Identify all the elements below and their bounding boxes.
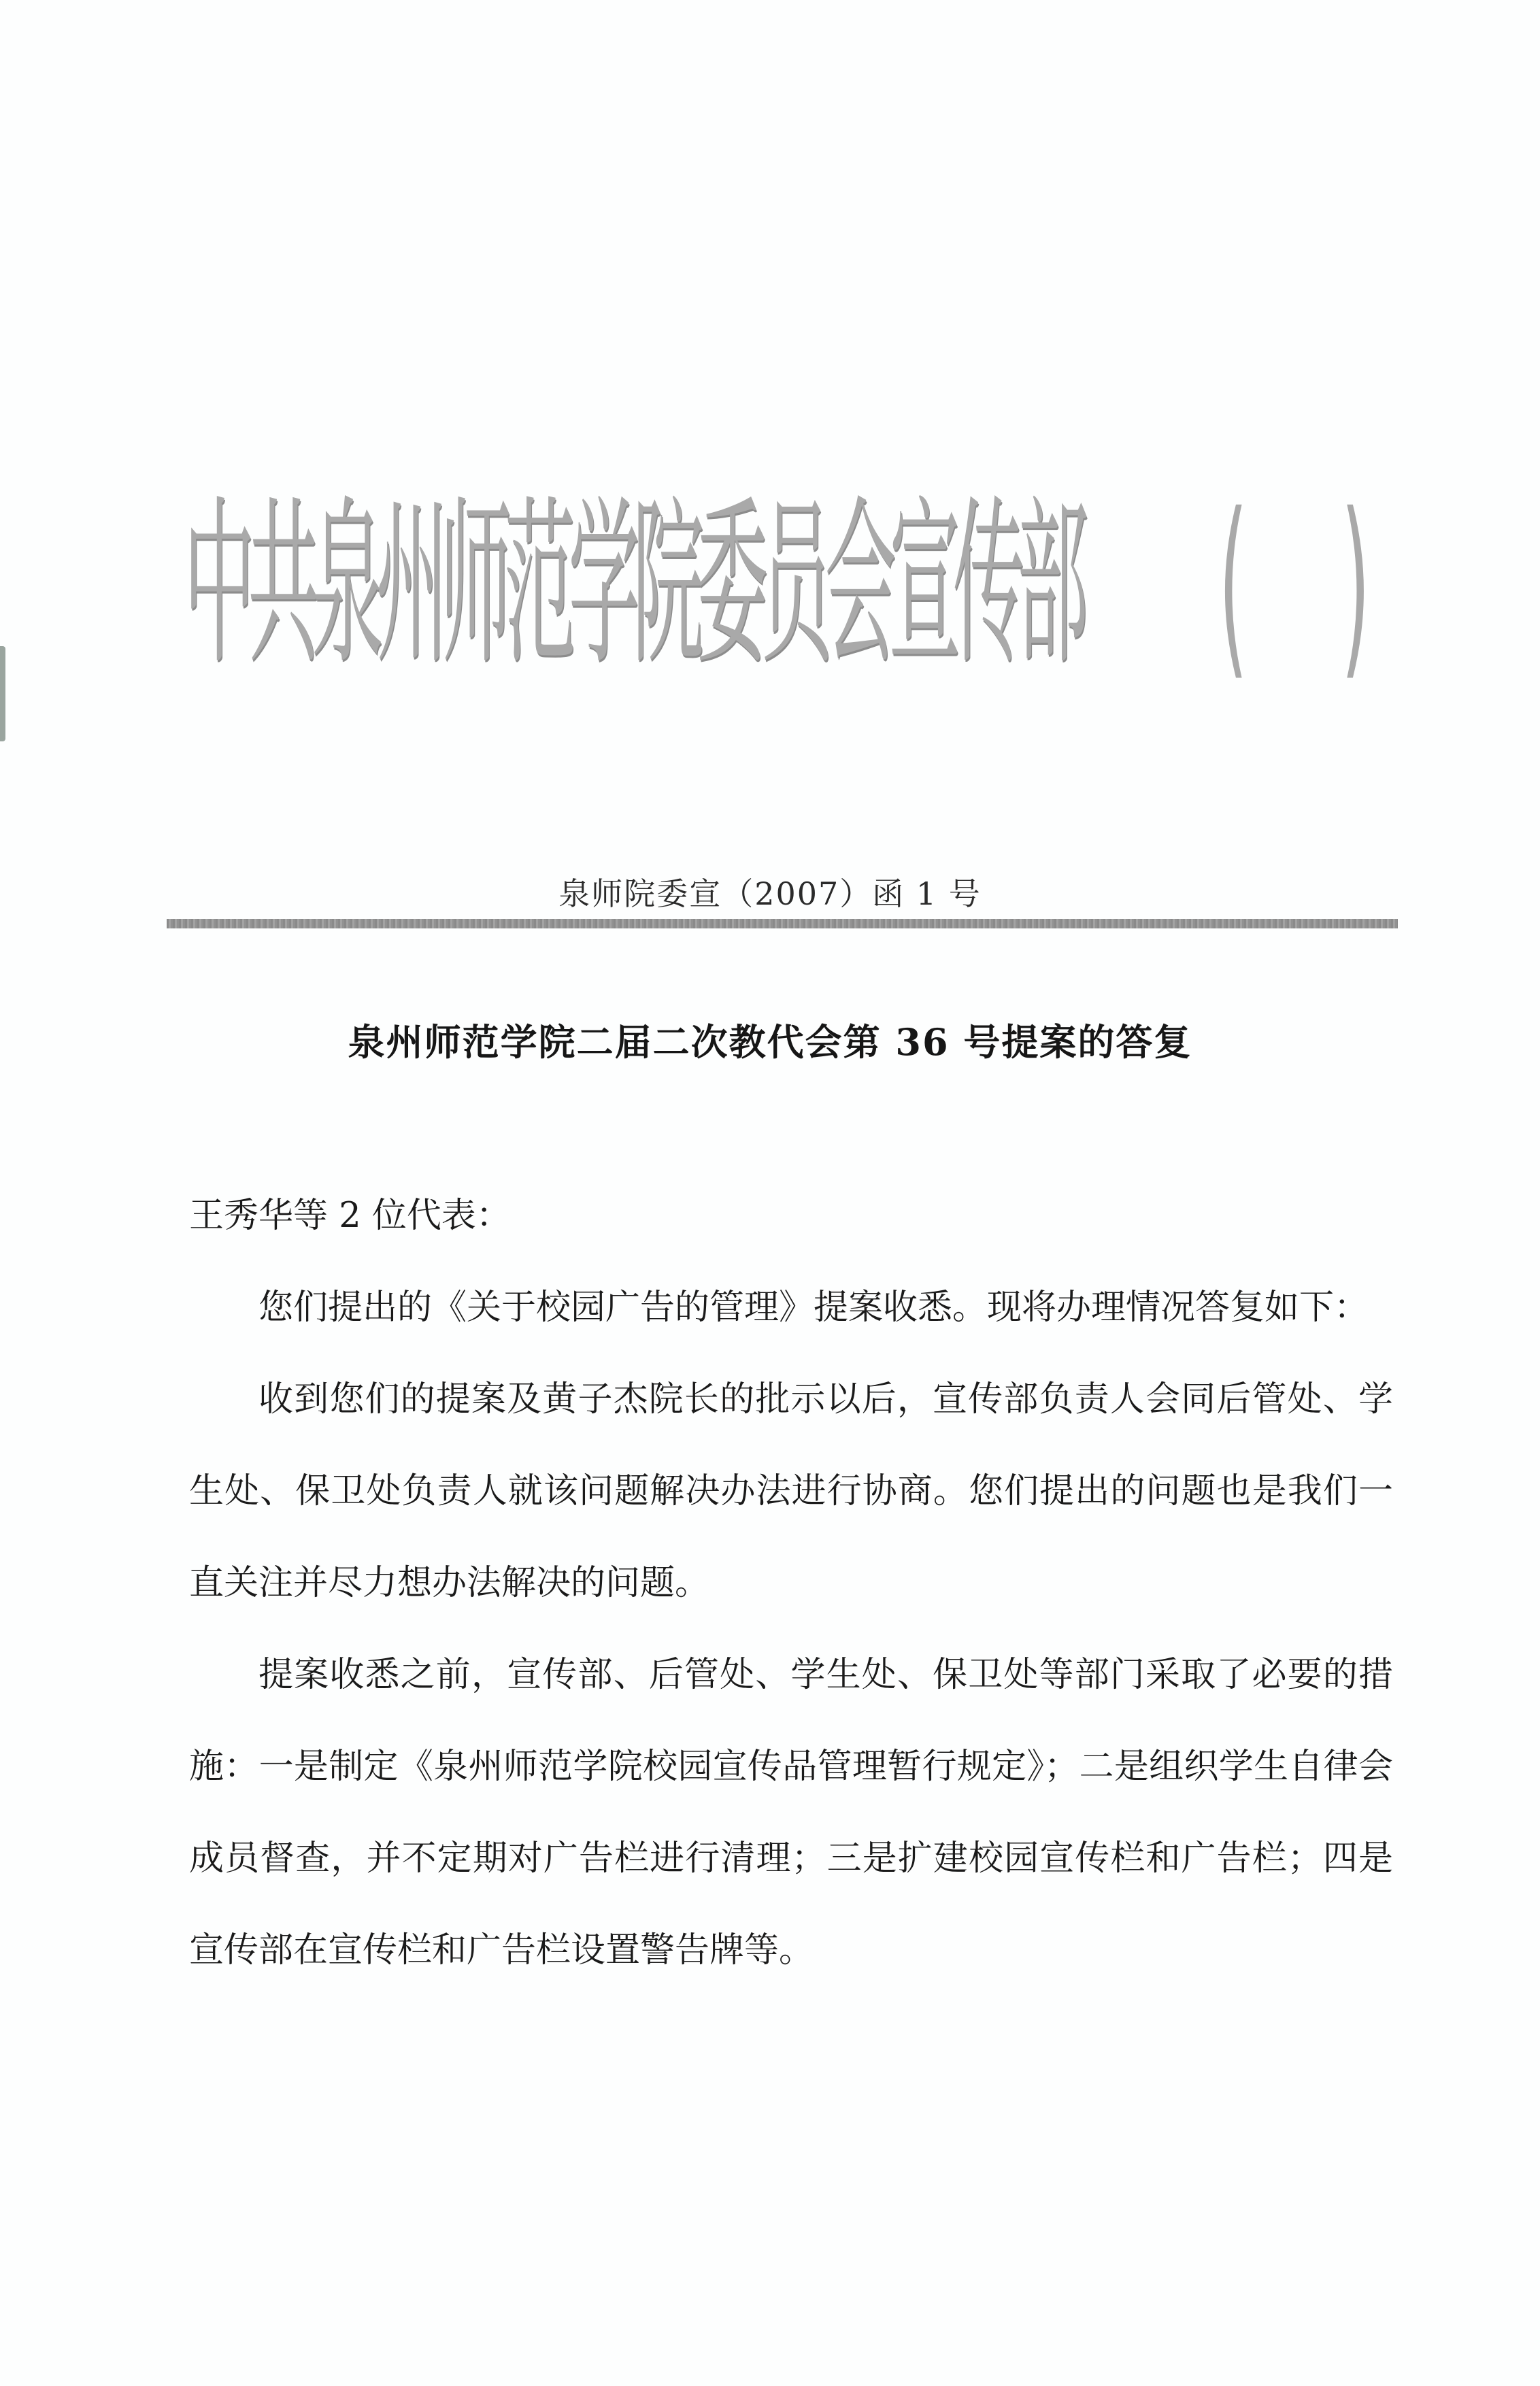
masthead: 中共泉州师范学院委员会宣传部 ( ) xyxy=(184,476,1381,694)
salutation: 王秀华等 2 位代表： xyxy=(189,1170,1393,1262)
masthead-org-name: 中共泉州师范学院委员会宣传部 xyxy=(184,495,1081,675)
document-page: 中共泉州师范学院委员会宣传部 ( ) 泉师院委宣（2007）函 1 号 泉州师范… xyxy=(0,0,1540,2386)
masthead-bracket-close: ) xyxy=(1341,443,1370,726)
scan-edge-mark xyxy=(0,646,5,741)
document-body: 王秀华等 2 位代表： 您们提出的《关于校园广告的管理》提案收悉。现将办理情况答… xyxy=(189,1170,1393,1996)
header-rule-divider xyxy=(167,919,1398,928)
paragraph-3: 提案收悉之前，宣传部、后管处、学生处、保卫处等部门采取了必要的措施：一是制定《泉… xyxy=(189,1629,1393,1996)
masthead-bracket-open: ( xyxy=(1218,443,1248,726)
paragraph-2: 收到您们的提案及黄子杰院长的批示以后，宣传部负责人会同后管处、学生处、保卫处负责… xyxy=(189,1354,1393,1629)
document-title: 泉州师范学院二届二次教代会第 36 号提案的答复 xyxy=(0,1013,1540,1066)
document-number: 泉师院委宣（2007）函 1 号 xyxy=(0,869,1540,914)
paragraph-1: 您们提出的《关于校园广告的管理》提案收悉。现将办理情况答复如下： xyxy=(189,1262,1393,1354)
